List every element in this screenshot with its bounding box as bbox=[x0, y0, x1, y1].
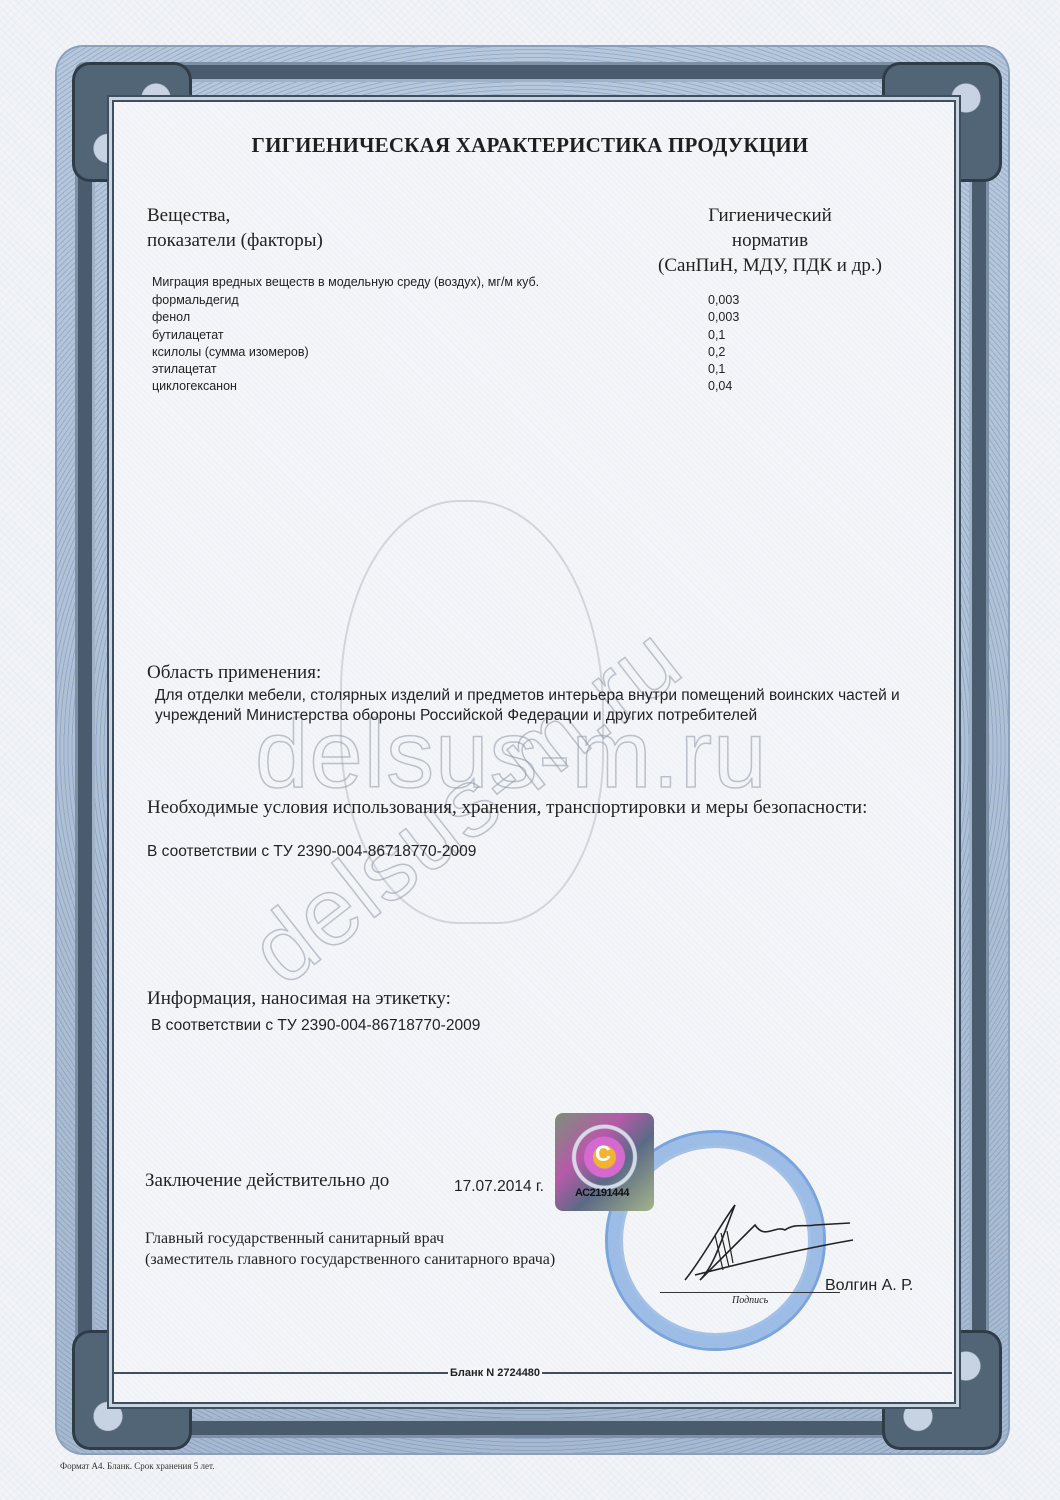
application-label: Область применения: bbox=[147, 660, 321, 685]
substance-name: фенол bbox=[152, 309, 708, 326]
doctor-title-line: (заместитель главного государственного с… bbox=[145, 1249, 555, 1270]
substance-norm-value: 0,003 bbox=[708, 309, 768, 326]
document-content: ГИГИЕНИЧЕСКАЯ ХАРАКТЕРИСТИКА ПРОДУКЦИИ В… bbox=[0, 0, 1060, 1500]
substance-row: этилацетат0,1 bbox=[152, 361, 772, 378]
signature-line bbox=[660, 1292, 840, 1293]
doctor-title: Главный государственный санитарный врач … bbox=[145, 1228, 555, 1270]
substance-norm-value: 0,04 bbox=[708, 378, 768, 395]
signature-caption: Подпись bbox=[732, 1295, 768, 1306]
hologram-sticker: С АС2191444 bbox=[555, 1113, 654, 1211]
substance-name: циклогексанон bbox=[152, 378, 708, 395]
header-right-line: Гигиенический bbox=[620, 203, 920, 228]
validity-date: 17.07.2014 г. bbox=[454, 1178, 544, 1196]
header-left-line: показатели (факторы) bbox=[147, 228, 323, 253]
signature-icon bbox=[675, 1195, 855, 1285]
migration-title: Миграция вредных веществ в модельную сре… bbox=[152, 275, 539, 289]
substance-name: формальдегид bbox=[152, 292, 708, 309]
header-right-line: (СанПиН, МДУ, ПДК и др.) bbox=[620, 253, 920, 278]
substance-row: циклогексанон0,04 bbox=[152, 378, 772, 395]
substance-name: ксилолы (сумма изомеров) bbox=[152, 344, 708, 361]
header-norm: Гигиенический норматив (СанПиН, МДУ, ПДК… bbox=[620, 203, 920, 278]
signer-name: Волгин А. Р. bbox=[825, 1277, 913, 1295]
document-title: ГИГИЕНИЧЕСКАЯ ХАРАКТЕРИСТИКА ПРОДУКЦИИ bbox=[0, 133, 1060, 158]
substance-norm-value: 0,1 bbox=[708, 361, 768, 378]
substance-row: бутилацетат0,1 bbox=[152, 327, 772, 344]
header-substances: Вещества, показатели (факторы) bbox=[147, 203, 323, 253]
label-info-label: Информация, наносимая на этикетку: bbox=[147, 986, 451, 1011]
validity-label: Заключение действительно до bbox=[145, 1170, 389, 1192]
substance-name: бутилацетат bbox=[152, 327, 708, 344]
conditions-label: Необходимые условия использования, хране… bbox=[147, 795, 877, 820]
conditions-text: В соответствии с ТУ 2390-004-86718770-20… bbox=[147, 842, 476, 862]
substance-norm-value: 0,1 bbox=[708, 327, 768, 344]
substance-row: ксилолы (сумма изомеров)0,2 bbox=[152, 344, 772, 361]
substance-row: фенол0,003 bbox=[152, 309, 772, 326]
hologram-number: АС2191444 bbox=[575, 1187, 629, 1199]
footer-note: Формат А4. Бланк. Срок хранения 5 лет. bbox=[60, 1461, 214, 1471]
header-left-line: Вещества, bbox=[147, 203, 323, 228]
substance-norm-value: 0,003 bbox=[708, 292, 768, 309]
application-text: Для отделки мебели, столярных изделий и … bbox=[155, 686, 925, 726]
substance-norm-value: 0,2 bbox=[708, 344, 768, 361]
label-info-text: В соответствии с ТУ 2390-004-86718770-20… bbox=[151, 1016, 480, 1036]
substance-list: формальдегид0,003фенол0,003бутилацетат0,… bbox=[152, 292, 772, 396]
hologram-symbol-icon: С bbox=[595, 1141, 611, 1167]
substance-row: формальдегид0,003 bbox=[152, 292, 772, 309]
form-number: Бланк N 2724480 bbox=[448, 1367, 542, 1379]
header-right-line: норматив bbox=[620, 228, 920, 253]
doctor-title-line: Главный государственный санитарный врач bbox=[145, 1228, 555, 1249]
substance-name: этилацетат bbox=[152, 361, 708, 378]
